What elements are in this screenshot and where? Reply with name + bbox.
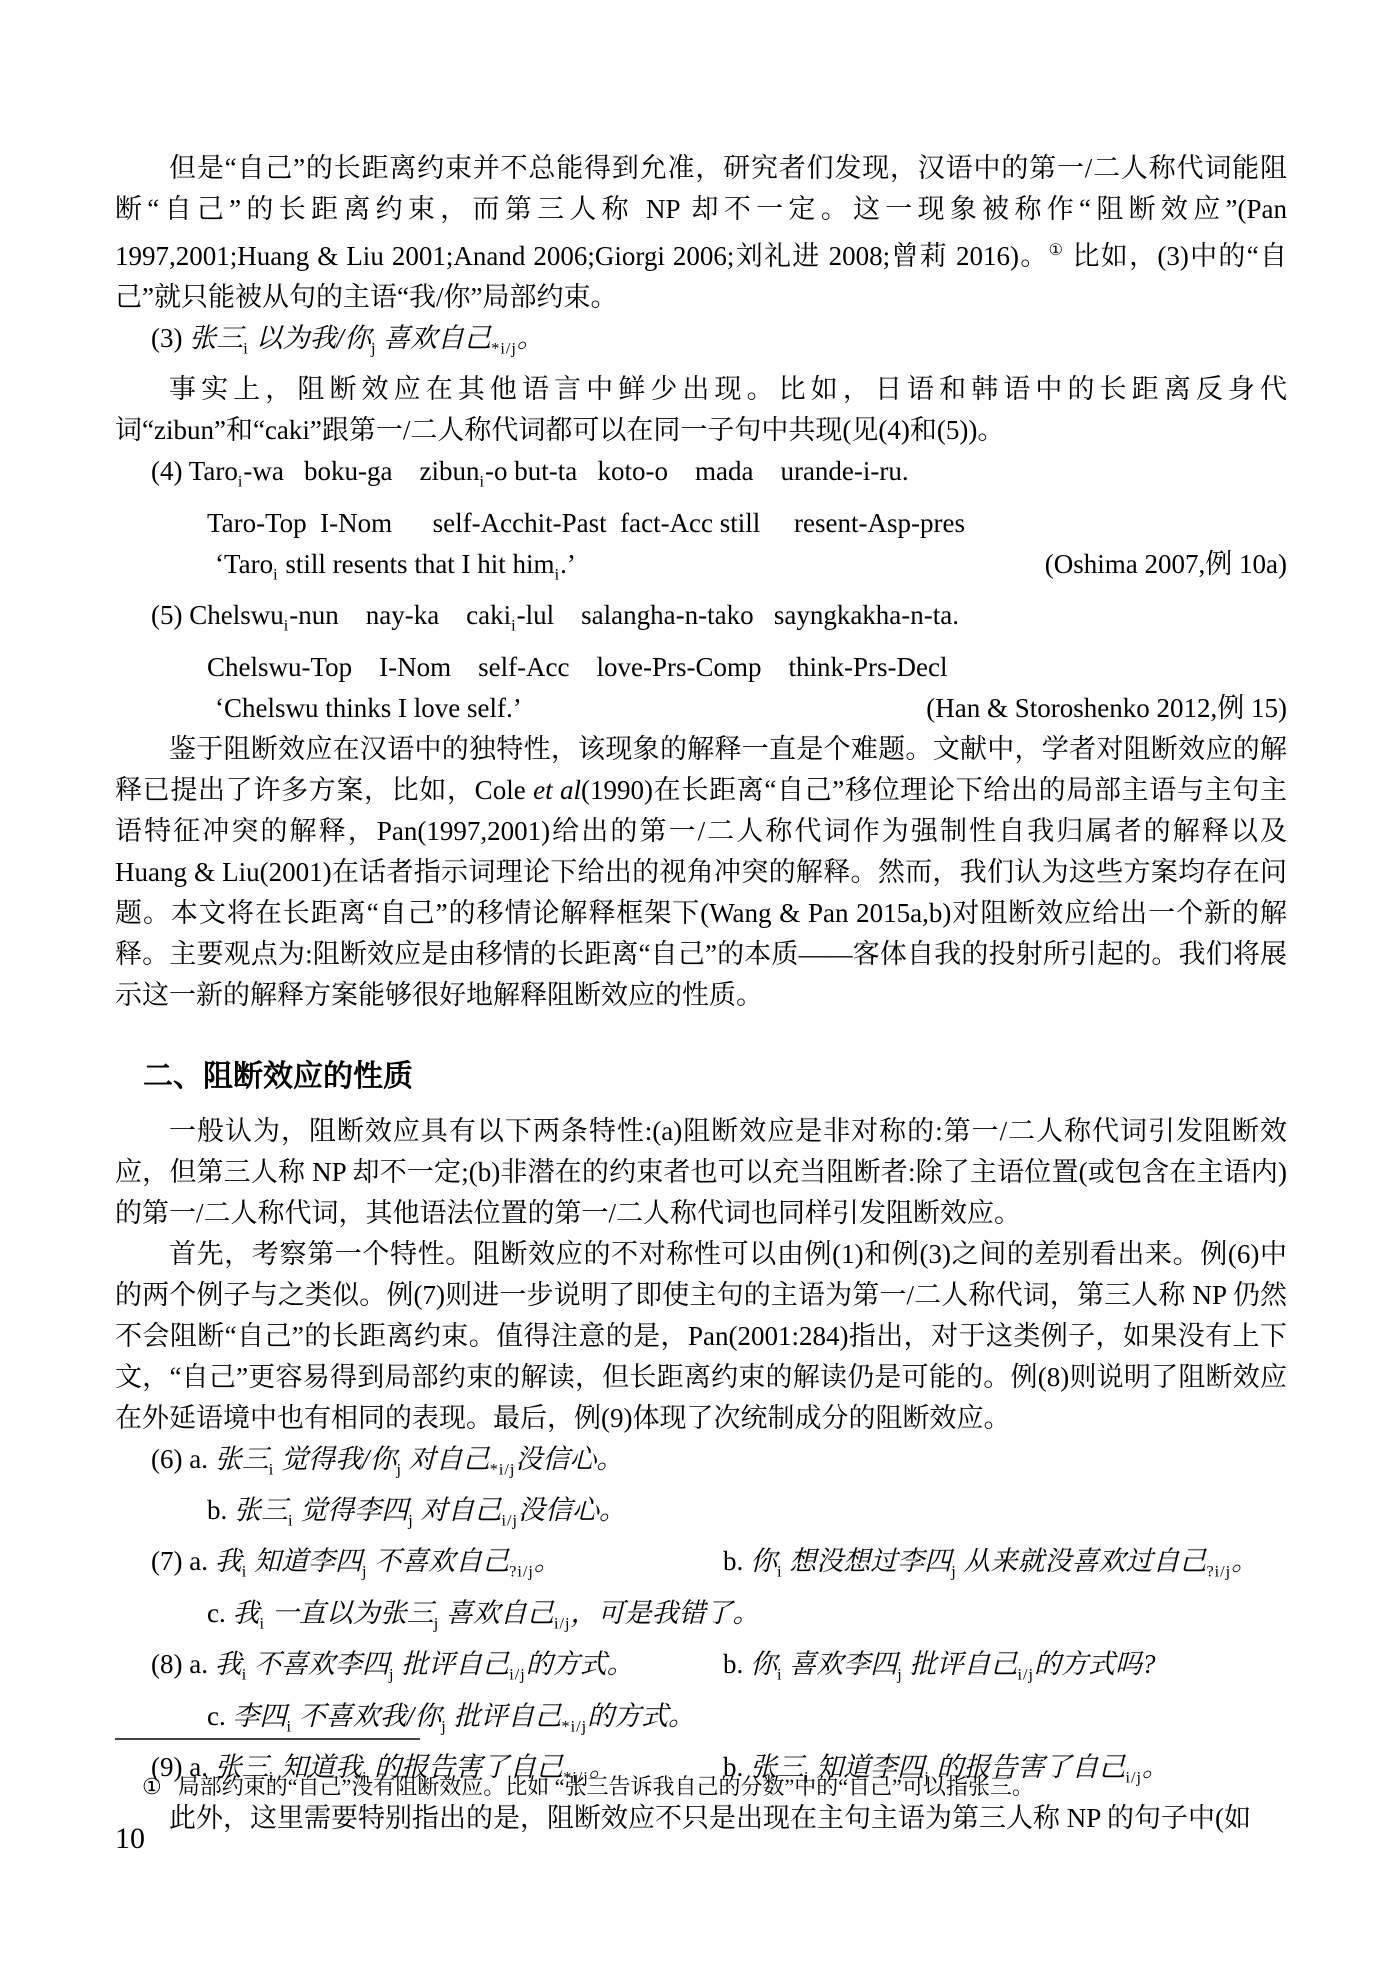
example-6-line-a: (6) a. 张三i 觉得我/你j 对自己*i/j没信心。 <box>115 1439 1287 1490</box>
footnote-divider <box>115 1738 420 1740</box>
paragraph-crosslinguistic: 事实上，阻断效应在其他语言中鲜少出现。比如，日语和韩语中的长距离反身代词“zib… <box>115 369 1287 451</box>
footnote-marker: ① <box>142 1774 162 1799</box>
page-number: 10 <box>115 1822 145 1856</box>
example-5-sentence: (5) Chelswui-nun nay-ka cakii-lul salang… <box>115 595 1287 646</box>
paragraph-two-properties: 一般认为，阻断效应具有以下两条特性:(a)阻断效应是非对称的:第一/二人称代词引… <box>115 1111 1287 1234</box>
example-7-line-c: c. 我i 一直以为张三j 喜欢自己i/j，可是我错了。 <box>115 1593 1287 1644</box>
section-heading: 二、阻断效应的性质 <box>115 1056 1287 1097</box>
example-6: (6) a. 张三i 觉得我/你j 对自己*i/j没信心。 b. 张三i 觉得李… <box>115 1439 1287 1542</box>
example-7-part-b: b. 你i 想没想过李四j 从来就没喜欢过自己?i/j。 <box>723 1541 1258 1592</box>
example-7: (7) a. 我i 知道李四j 不喜欢自己?i/j。 b. 你i 想没想过李四j… <box>115 1541 1287 1644</box>
example-3: (3) 张三i 以为我/你j 喜欢自己*i/j。 <box>115 318 1287 369</box>
example-7-line-ab: (7) a. 我i 知道李四j 不喜欢自己?i/j。 b. 你i 想没想过李四j… <box>115 1541 1287 1592</box>
example-8-line-ab: (8) a. 我i 不喜欢李四j 批评自己i/j的方式。 b. 你i 喜欢李四j… <box>115 1644 1287 1695</box>
paragraph-subcommand-note: 此外，这里需要特别指出的是，阻断效应不只是出现在主句主语为第三人称 NP 的句子… <box>115 1798 1287 1839</box>
paragraph-first-property: 首先，考察第一个特性。阻断效应的不对称性可以由例(1)和例(3)之间的差别看出来… <box>115 1234 1287 1439</box>
example-5-translation-line: ‘Chelswu thinks I love self.’ (Han & Sto… <box>115 688 1287 729</box>
example-5-gloss: Chelswu-Top I-Nom self-Acc love-Prs-Comp… <box>115 647 1287 688</box>
example-4-sentence: (4) Taroi-wa boku-ga zibuni-o but-ta kot… <box>115 451 1287 502</box>
example-4-gloss: Taro-Top I-Nom self-Acchit-Past fact-Acc… <box>115 503 1287 544</box>
example-7-part-a: (7) a. 我i 知道李四j 不喜欢自己?i/j。 <box>151 1541 723 1592</box>
example-4-translation-line: ‘Taroi still resents that I hit himi.’ (… <box>115 544 1287 595</box>
example-8-part-b: b. 你i 喜欢李四j 批评自己i/j的方式吗? <box>723 1644 1156 1695</box>
example-4-translation: ‘Taroi still resents that I hit himi.’ <box>215 544 576 595</box>
example-8-part-a: (8) a. 我i 不喜欢李四j 批评自己i/j的方式。 <box>151 1644 723 1695</box>
example-8: (8) a. 我i 不喜欢李四j 批评自己i/j的方式。 b. 你i 喜欢李四j… <box>115 1644 1287 1747</box>
example-5-citation: (Han & Storoshenko 2012,例 15) <box>926 688 1287 729</box>
example-5: (5) Chelswui-nun nay-ka cakii-lul salang… <box>115 595 1287 728</box>
page-body: 但是“自己”的长距离约束并不总能得到允准，研究者们发现，汉语中的第一/二人称代词… <box>115 148 1287 1839</box>
footnote-1: ①局部约束的“自己”没有阻断效应。比如 “张三告诉我自己的分数”中的“自己”可以… <box>142 1772 1282 1802</box>
footnote-text: 局部约束的“自己”没有阻断效应。比如 “张三告诉我自己的分数”中的“自己”可以指… <box>178 1774 1034 1799</box>
example-6-line-b: b. 张三i 觉得李四j 对自己i/j没信心。 <box>115 1490 1287 1541</box>
example-3-line: (3) 张三i 以为我/你j 喜欢自己*i/j。 <box>115 318 1287 369</box>
paragraph-literature-review: 鉴于阻断效应在汉语中的独特性，该现象的解释一直是个难题。文献中，学者对阻断效应的… <box>115 729 1287 1016</box>
example-4: (4) Taroi-wa boku-ga zibuni-o but-ta kot… <box>115 451 1287 595</box>
paper-page: 但是“自己”的长距离约束并不总能得到允准，研究者们发现，汉语中的第一/二人称代词… <box>0 0 1398 1965</box>
paragraph-blocking-intro: 但是“自己”的长距离约束并不总能得到允准，研究者们发现，汉语中的第一/二人称代词… <box>115 148 1287 318</box>
example-5-translation: ‘Chelswu thinks I love self.’ <box>215 688 522 729</box>
example-4-citation: (Oshima 2007,例 10a) <box>1045 544 1287 595</box>
